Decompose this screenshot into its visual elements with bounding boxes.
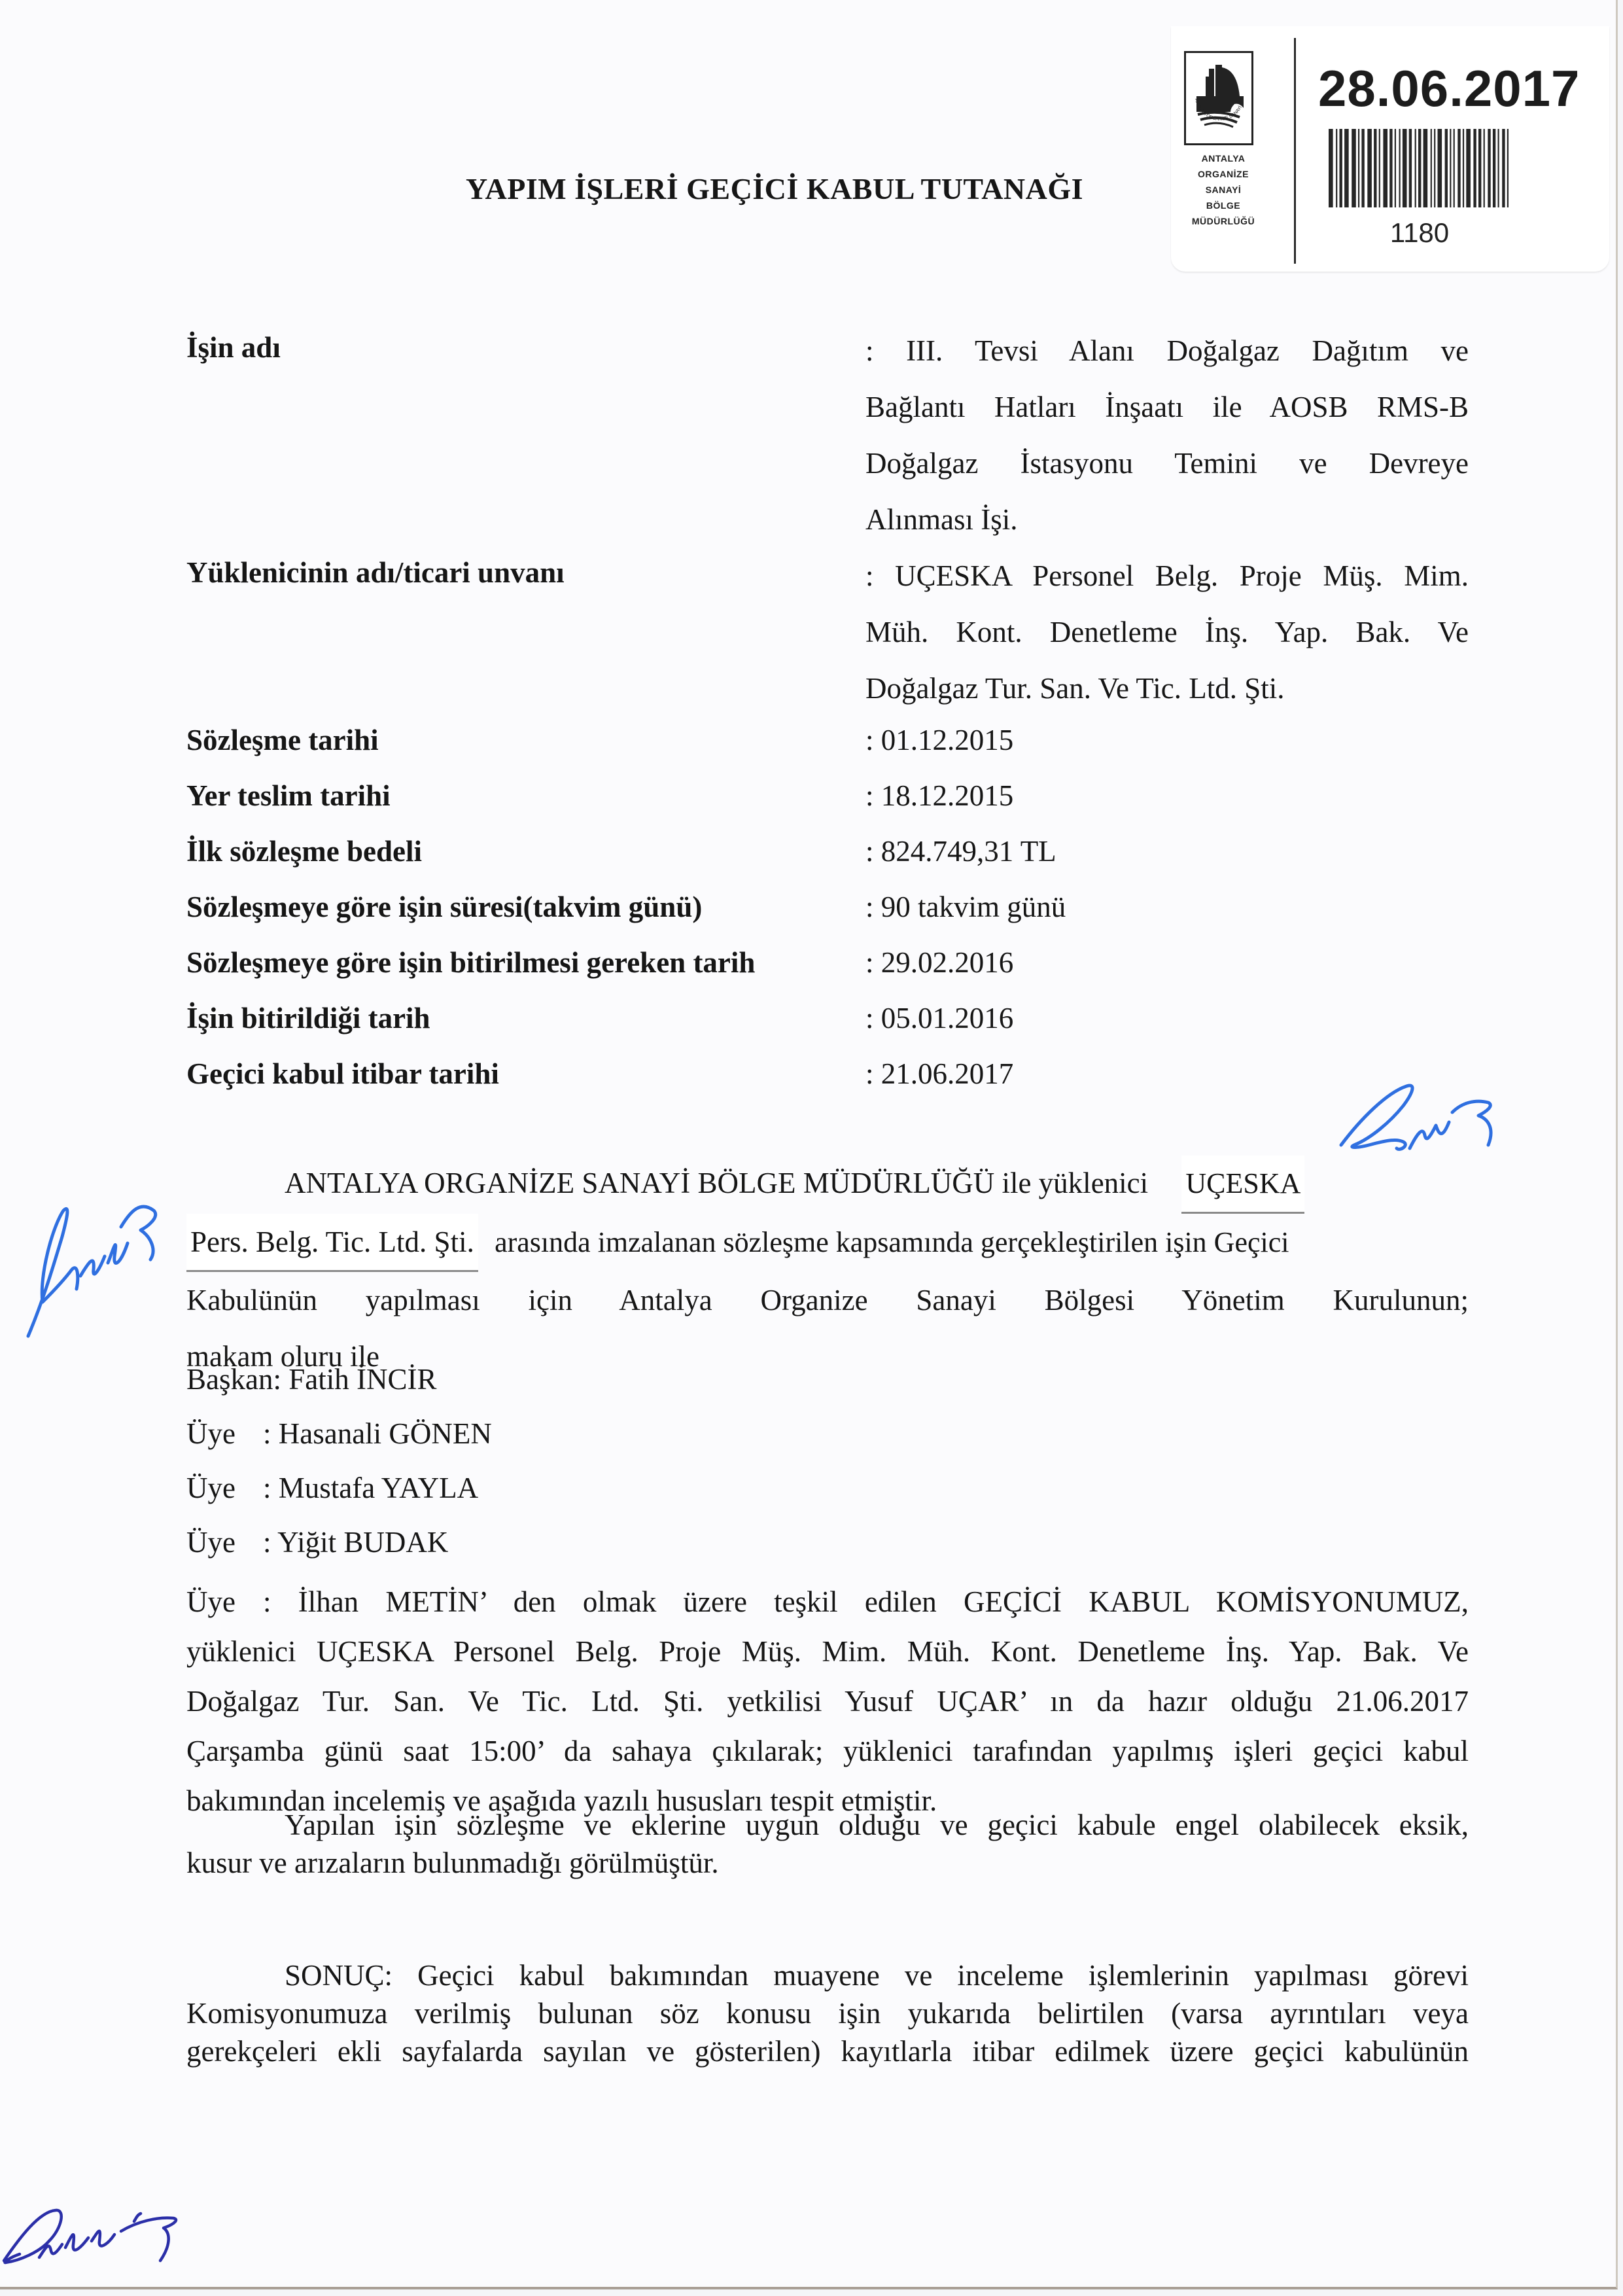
- info-label: Yer teslim tarihi: [186, 779, 391, 813]
- organization-logo: ANTALYA ORGANİZE SANAYİ BÖLGESİ: [1184, 51, 1253, 145]
- page-title: YAPIM İŞLERİ GEÇİCİ KABUL TUTANAĞI: [466, 171, 1083, 206]
- info-label: İşin adı: [186, 330, 281, 364]
- info-value: : 824.749,31 TL: [865, 834, 1469, 868]
- signature-icon: [1335, 1073, 1498, 1165]
- intro-line-3: Kabulünün yapılması için Antalya Organiz…: [186, 1272, 1469, 1328]
- info-value: : 29.02.2016: [865, 945, 1469, 980]
- document-page: ANTALYA ORGANİZE SANAYİ BÖLGESİ ANTALYA …: [0, 0, 1618, 2289]
- conclusion-paragraph: SONUÇ: Geçici kabul bakımından muayene v…: [186, 1956, 1469, 2070]
- contractor-signature: [1335, 1073, 1498, 1165]
- info-label: Geçici kabul itibar tarihi: [186, 1057, 499, 1091]
- stamp-organization-name: ANTALYA ORGANİZE SANAYİ BÖLGE MÜDÜRLÜĞÜ: [1171, 150, 1276, 229]
- committee-line: Doğalgaz Tur. San. Ve Tic. Ltd. Şti. yet…: [186, 1676, 1469, 1726]
- info-label: Sözleşme tarihi: [186, 723, 379, 757]
- contractor-fill-1: UÇESKA: [1181, 1156, 1304, 1214]
- committee-member: Üye: Yiğit BUDAK: [186, 1525, 448, 1559]
- intro-paragraph: ANTALYA ORGANİZE SANAYİ BÖLGE MÜDÜRLÜĞÜ …: [186, 1155, 1469, 1385]
- margin-signature: [16, 1165, 167, 1348]
- info-label: Yüklenicinin adı/ticari unvanı: [186, 556, 565, 590]
- info-value: : III. Tevsi Alanı Doğalgaz Dağıtım ve B…: [865, 323, 1469, 548]
- info-value: : UÇESKA Personel Belg. Proje Müş. Mim. …: [865, 548, 1469, 716]
- factory-arch-logo-icon: ANTALYA ORGANİZE SANAYİ BÖLGESİ: [1186, 53, 1251, 143]
- stamp-divider: [1294, 38, 1296, 264]
- info-label: Sözleşmeye göre işin bitirilmesi gereken…: [186, 945, 755, 980]
- committee-line: Çarşamba günü saat 15:00’ da sahaya çıkı…: [186, 1726, 1469, 1776]
- intro-line-1: ANTALYA ORGANİZE SANAYİ BÖLGE MÜDÜRLÜĞÜ …: [186, 1155, 1469, 1214]
- info-value: : 01.12.2015: [865, 723, 1469, 757]
- signature-icon: [0, 2192, 190, 2270]
- info-value: : 90 takvim günü: [865, 890, 1469, 924]
- signature-icon: [16, 1165, 167, 1348]
- intro-line-2: Pers. Belg. Tic. Ltd. Şti. arasında imza…: [186, 1214, 1469, 1272]
- registry-stamp-label: ANTALYA ORGANİZE SANAYİ BÖLGESİ ANTALYA …: [1171, 26, 1609, 272]
- committee-member: Üye: Mustafa YAYLA: [186, 1471, 478, 1505]
- committee-chair: Başkan: Fatih İNCİR: [186, 1362, 437, 1396]
- footer-signature: [0, 2192, 190, 2270]
- info-value: : 18.12.2015: [865, 779, 1469, 813]
- barcode: [1326, 129, 1509, 207]
- info-label: Sözleşmeye göre işin süresi(takvim günü): [186, 890, 702, 924]
- info-label: İşin bitirildiği tarih: [186, 1001, 430, 1035]
- info-label: İlk sözleşme bedeli: [186, 834, 422, 868]
- info-value: : 05.01.2016: [865, 1001, 1469, 1035]
- committee-line: yüklenici UÇESKA Personel Belg. Proje Mü…: [186, 1627, 1469, 1676]
- contractor-fill-2: Pers. Belg. Tic. Ltd. Şti.: [186, 1214, 478, 1272]
- committee-paragraph: Üye: İlhan METİN’ den olmak üzere teşkil…: [186, 1577, 1469, 1826]
- finding-paragraph: Yapılan işin sözleşme ve eklerine uygun …: [186, 1806, 1469, 1882]
- stamp-date: 28.06.2017: [1318, 59, 1580, 118]
- committee-line: Üye: İlhan METİN’ den olmak üzere teşkil…: [186, 1577, 1469, 1627]
- stamp-registry-number: 1180: [1367, 217, 1472, 249]
- committee-member: Üye: Hasanali GÖNEN: [186, 1417, 492, 1451]
